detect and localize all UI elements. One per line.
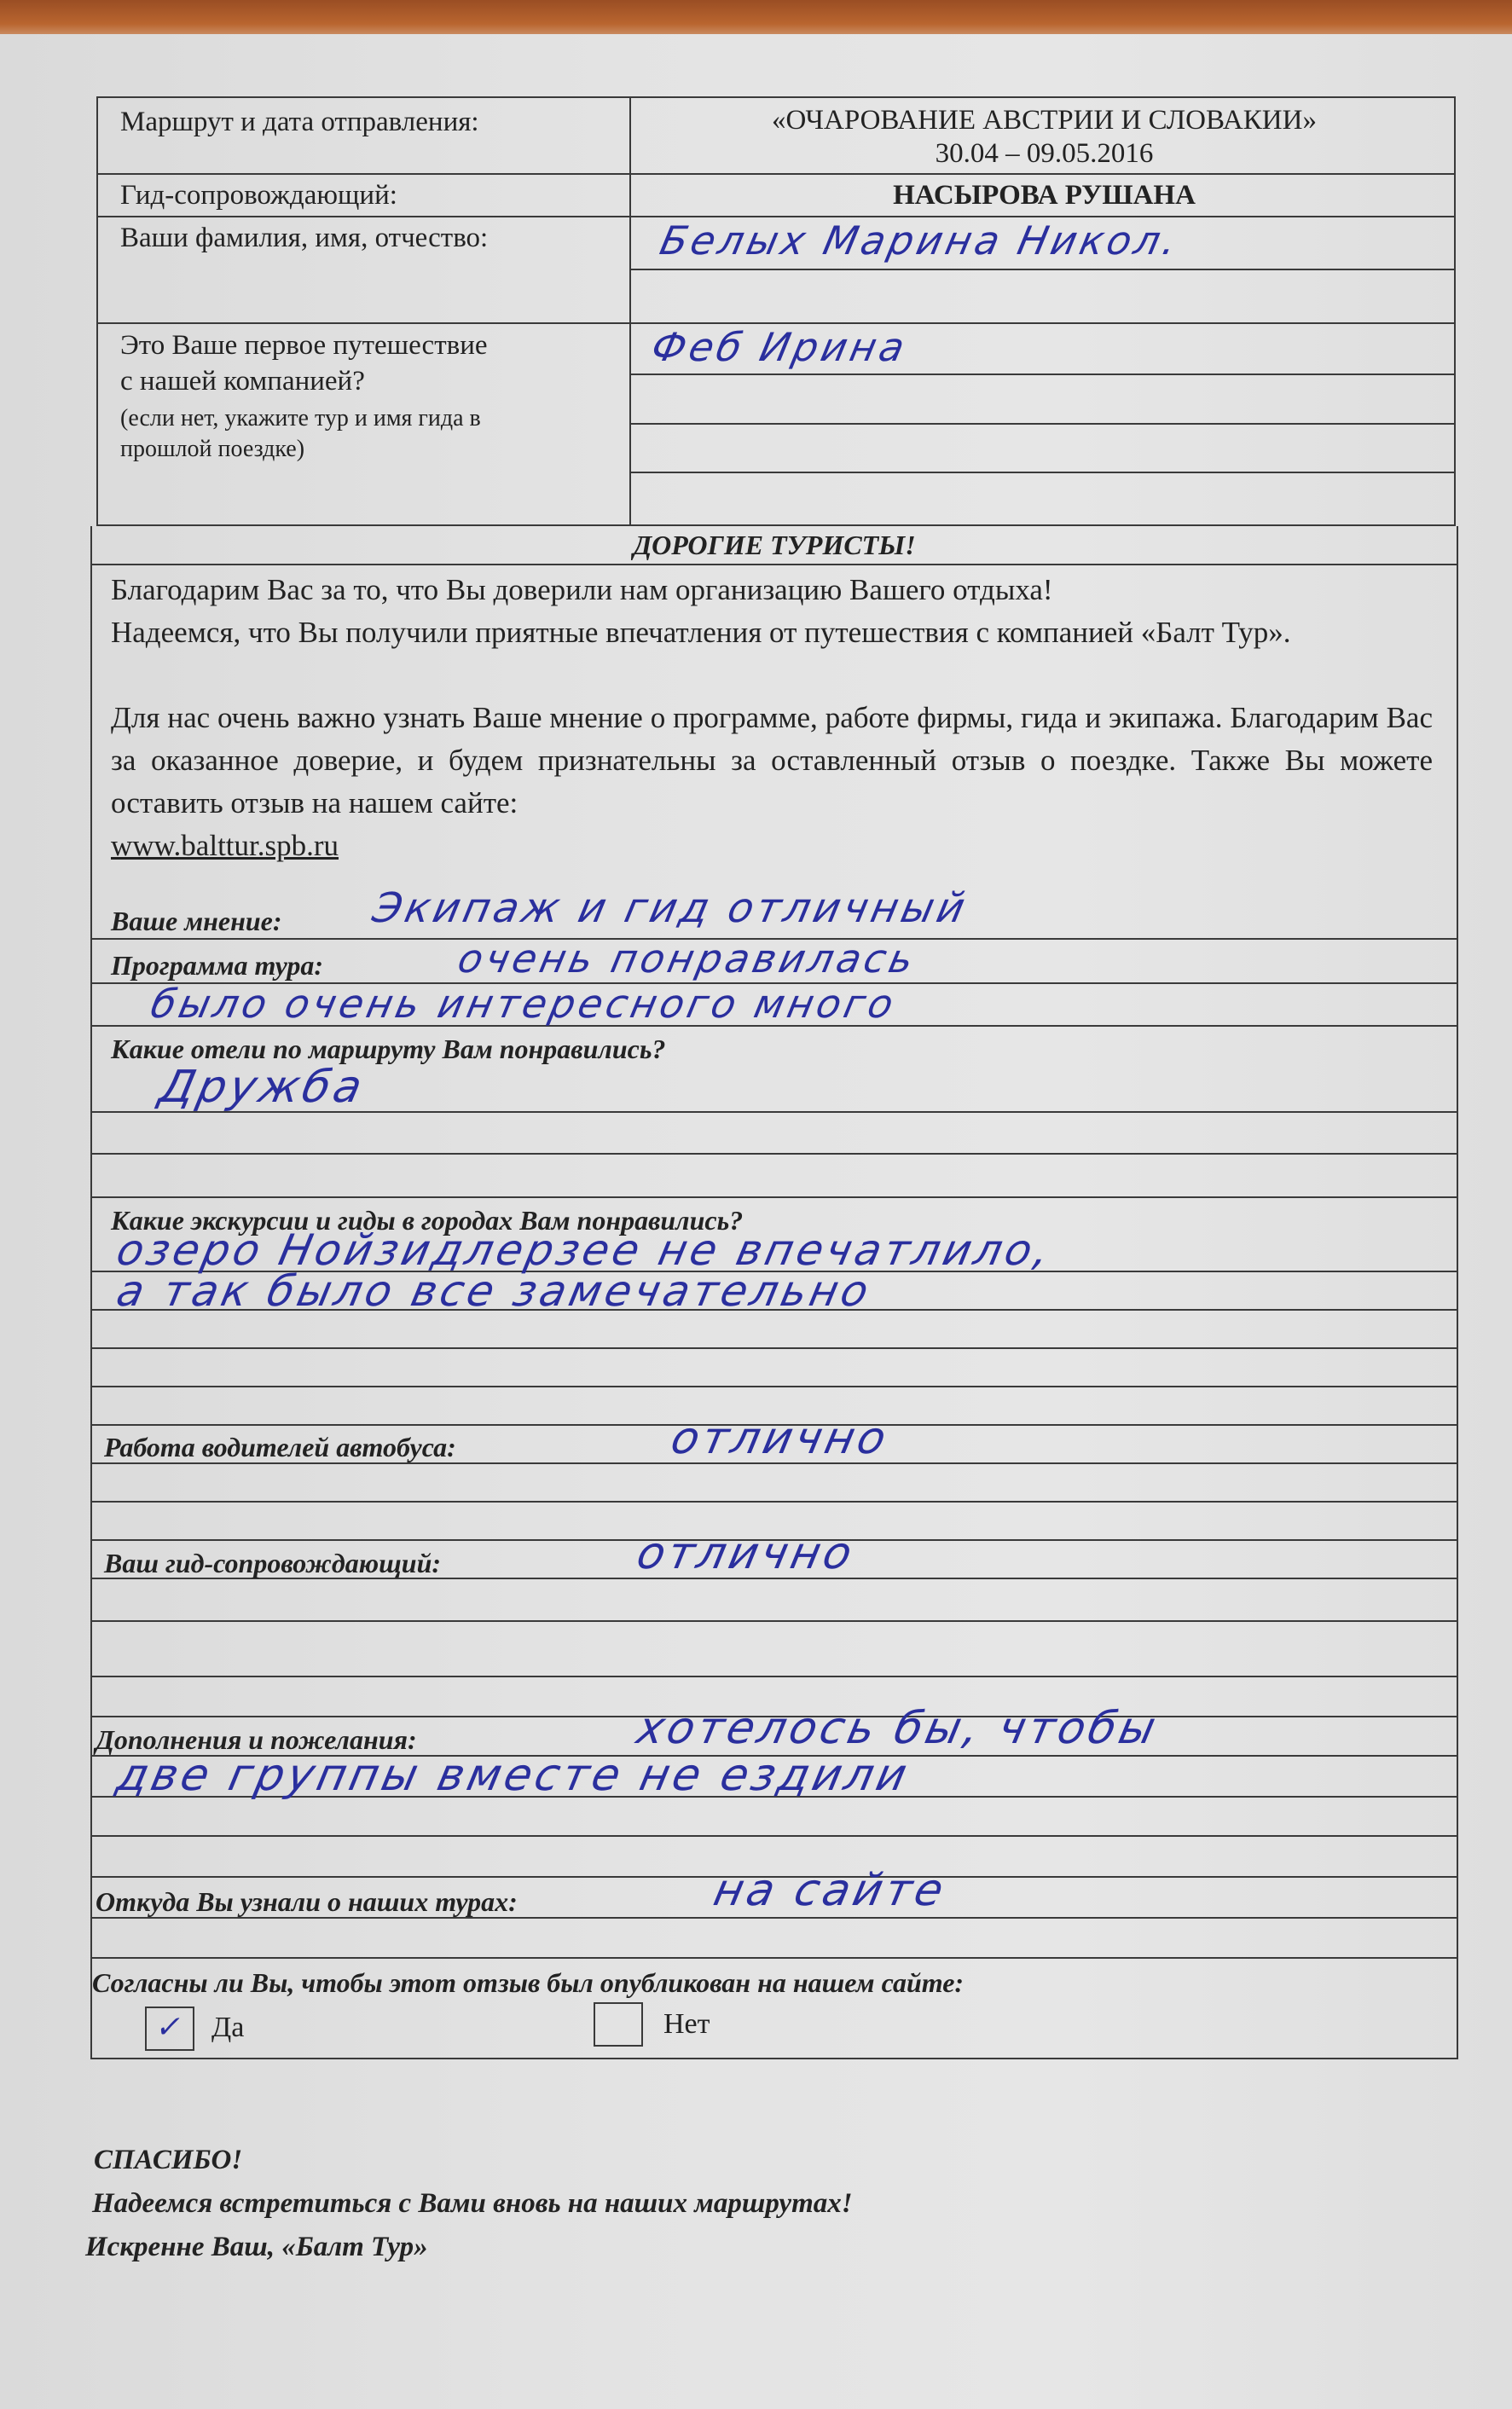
column-divider: [629, 98, 631, 526]
program-label: Программа тура:: [111, 950, 323, 982]
first-trip-label: Это Ваше первое путешествие: [120, 330, 488, 362]
source-answer[interactable]: на сайте: [710, 1865, 952, 1916]
publish-yes-label: Да: [211, 2012, 244, 2044]
closing-line: Надеемся встретиться с Вами вновь на наш…: [92, 2188, 853, 2220]
route-label: Маршрут и дата отправления:: [120, 107, 479, 138]
line: [92, 1153, 1457, 1155]
answer-line: [631, 472, 1454, 473]
guide-rating-label: Ваш гид-сопровождающий:: [104, 1548, 441, 1579]
website-link[interactable]: www.balttur.spb.ru: [111, 825, 339, 867]
intro-paragraph-2: Надеемся, что Вы получили приятные впеча…: [111, 611, 1433, 654]
thanks-text: СПАСИБО!: [94, 2145, 242, 2176]
previous-trip-field[interactable]: Феб Ирина: [647, 324, 912, 370]
hotels-label: Какие отели по маршруту Вам понравились?: [111, 1034, 665, 1065]
table-surface: [0, 0, 1512, 34]
feedback-block: ДОРОГИЕ ТУРИСТЫ! Благодарим Вас за то, ч…: [90, 526, 1458, 2059]
name-field[interactable]: Белых Марина Никол.: [656, 217, 1184, 263]
first-trip-label-2: с нашей компанией?: [120, 366, 365, 397]
name-label: Ваши фамилия, имя, отчество:: [120, 223, 488, 254]
trip-info-table: Маршрут и дата отправления: «ОЧАРОВАНИЕ …: [96, 96, 1456, 526]
opinion-label: Ваше мнение:: [111, 906, 282, 937]
guide-rating-answer[interactable]: отлично: [633, 1528, 860, 1579]
drivers-answer[interactable]: отлично: [667, 1413, 894, 1464]
line: [92, 1957, 1457, 1959]
title-divider: [92, 564, 1457, 565]
hotels-answer[interactable]: Дружба: [155, 1062, 370, 1113]
wishes-answer-line-1[interactable]: хотелось бы, чтобы: [633, 1703, 1164, 1754]
answer-line: [631, 374, 1454, 375]
line: [92, 1835, 1457, 1837]
signature-line: Искренне Ваш, «Балт Тур»: [85, 2232, 428, 2263]
line: [92, 1347, 1457, 1349]
intro-paragraph-1: Благодарим Вас за то, что Вы доверили на…: [111, 569, 1433, 611]
guide-label: Гид-сопровождающий:: [120, 180, 397, 211]
intro-paragraph-3: Для нас очень важно узнать Ваше мнение о…: [111, 697, 1433, 825]
source-label: Откуда Вы узнали о наших турах:: [96, 1886, 518, 1918]
line: [92, 1196, 1457, 1198]
line: [92, 1386, 1457, 1387]
publish-no-checkbox[interactable]: [594, 2002, 643, 2047]
drivers-label: Работа водителей автобуса:: [104, 1432, 456, 1463]
program-answer-line-2[interactable]: было очень интересного много: [147, 981, 901, 1027]
wishes-answer-line-2[interactable]: две группы вместе не ездили: [113, 1750, 915, 1801]
answer-line: [631, 269, 1454, 270]
publish-yes-checkbox[interactable]: ✓: [145, 2007, 194, 2051]
publish-consent-label: Согласны ли Вы, чтобы этот отзыв был опу…: [92, 1967, 964, 1999]
route-value: «ОЧАРОВАНИЕ АВСТРИИ И СЛОВАКИИ»: [633, 105, 1456, 136]
program-answer-line-1[interactable]: очень понравилась: [454, 935, 921, 982]
excursions-answer-line-2[interactable]: а так было все замечательно: [113, 1266, 877, 1316]
line: [92, 1676, 1457, 1677]
guide-value: НАСЫРОВА РУШАНА: [633, 180, 1456, 211]
first-trip-hint-2: прошлой поездке): [120, 436, 304, 463]
dates-value: 30.04 – 09.05.2016: [633, 138, 1456, 170]
intro-title: ДОРОГИЕ ТУРИСТЫ!: [92, 530, 1457, 561]
check-mark-icon: ✓: [154, 2010, 187, 2045]
publish-no-label: Нет: [663, 2008, 710, 2041]
line: [92, 1501, 1457, 1503]
row-divider: [98, 173, 1454, 175]
opinion-answer[interactable]: Экипаж и гид отличный: [368, 884, 972, 932]
line: [92, 1620, 1457, 1622]
answer-line: [631, 423, 1454, 425]
first-trip-hint: (если нет, укажите тур и имя гида в: [120, 405, 481, 432]
